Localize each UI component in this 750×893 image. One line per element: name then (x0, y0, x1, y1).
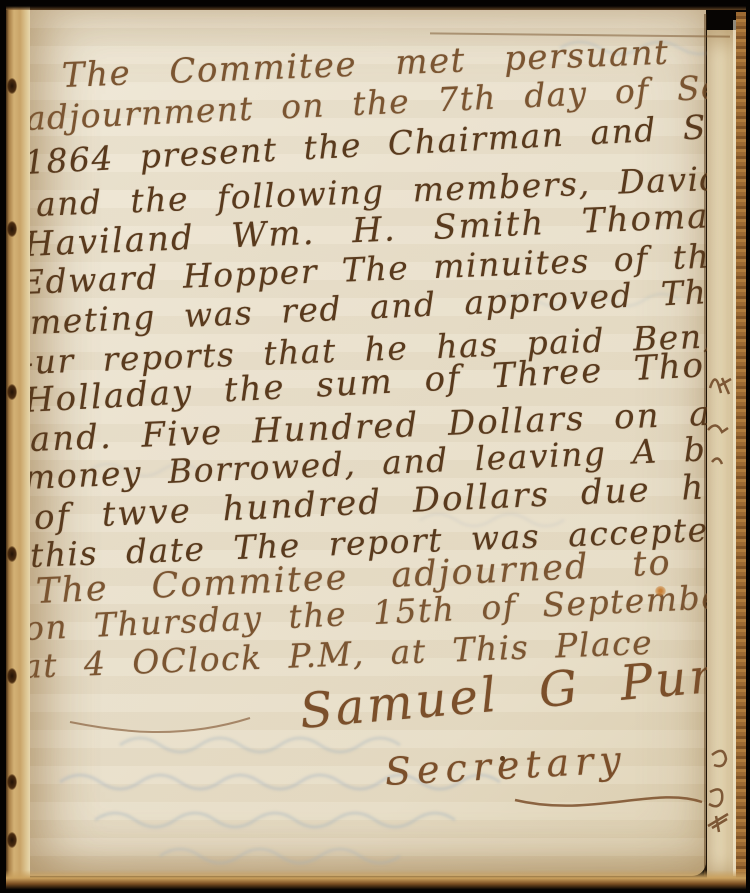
photo-edge-right (746, 0, 750, 893)
book-photo: The Commitee met persuant to adjournment… (0, 0, 750, 893)
ink-stain (655, 586, 666, 596)
binding-stitch (7, 221, 17, 237)
photo-edge-top (0, 0, 750, 10)
photo-edge-left (0, 0, 6, 893)
ink-dot (500, 756, 505, 761)
binding-stitch (7, 668, 17, 684)
binding-stitch (7, 78, 17, 94)
binding-stitch (7, 384, 17, 400)
photo-edge-bottom (0, 870, 750, 893)
next-page-edge (707, 30, 736, 882)
binding-stitch (7, 774, 17, 790)
binding-stitch (7, 546, 17, 562)
binding-stitch (7, 832, 17, 848)
